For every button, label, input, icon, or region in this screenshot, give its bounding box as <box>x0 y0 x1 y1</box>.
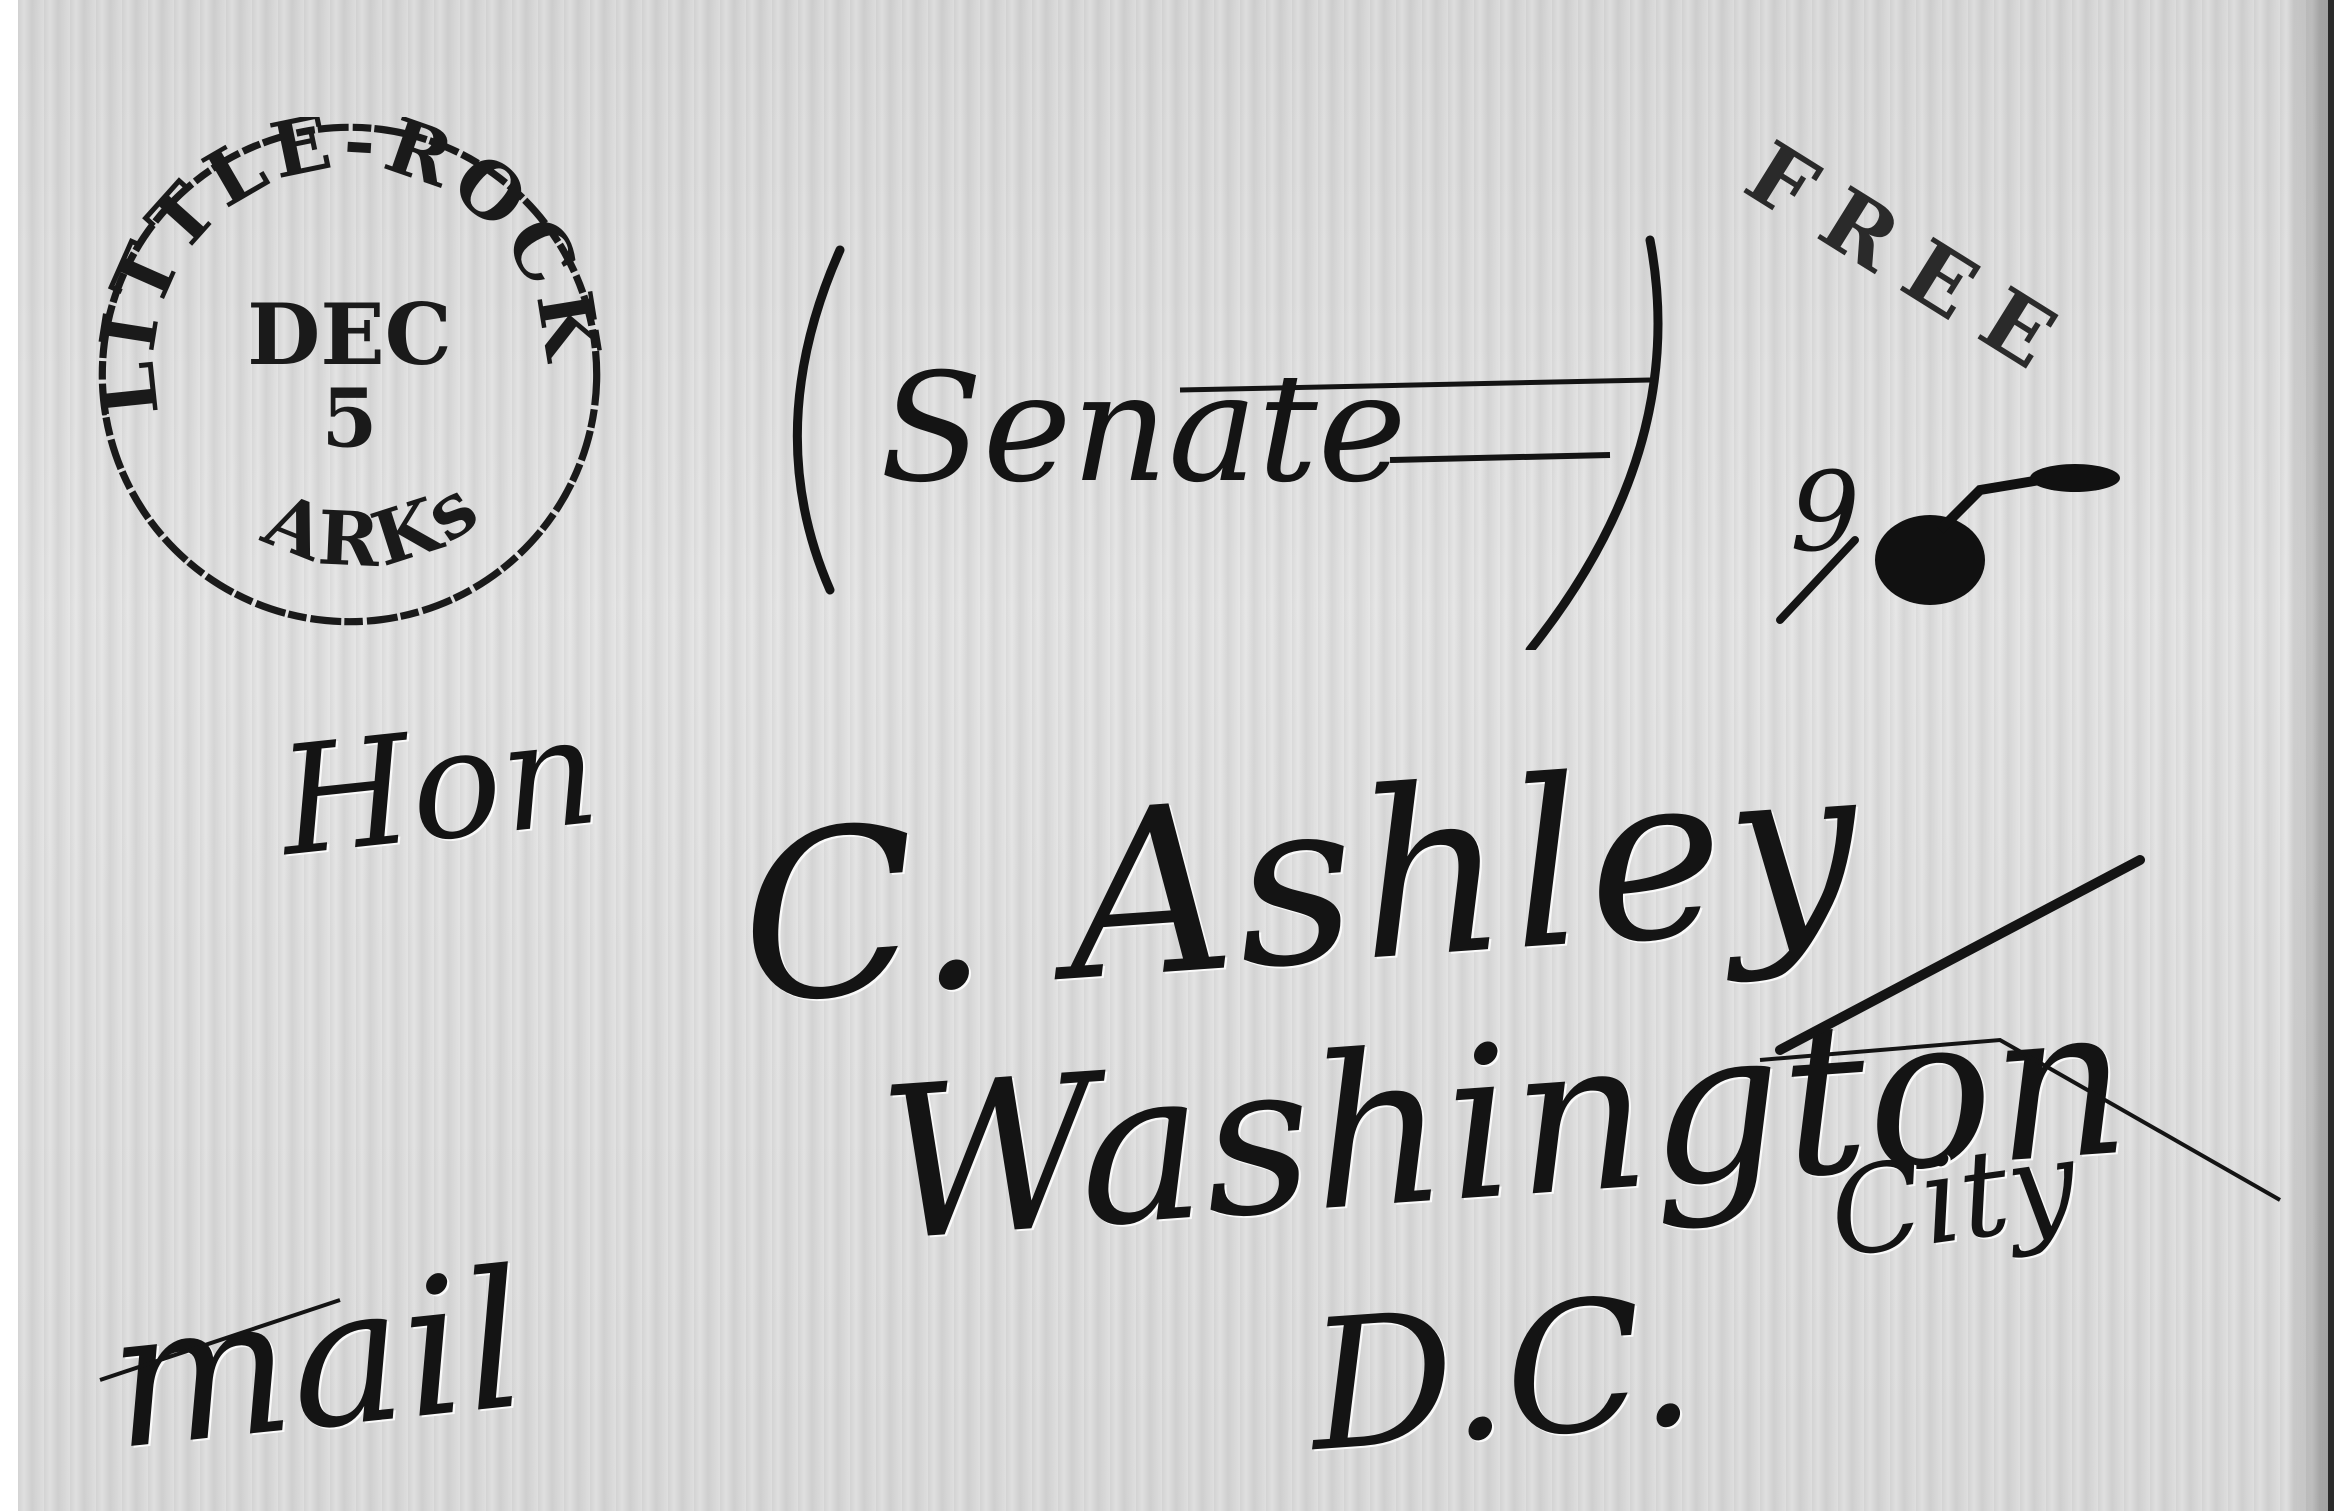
senate-frank: Senate <box>770 230 1670 650</box>
postmark-month: DEC <box>247 285 452 384</box>
postmark-day: 5 <box>322 372 378 466</box>
circular-postmark: LITTLE-ROCK ARKs. DEC 5 <box>92 117 607 632</box>
free-text: FREE <box>1729 130 2094 403</box>
service-note-mail: mail <box>100 1229 536 1492</box>
address-salutation: Hon <box>272 684 606 890</box>
close-paren <box>1530 240 1658 650</box>
senate-svg: Senate <box>770 230 1670 650</box>
open-paren <box>797 250 840 590</box>
rate-mark: 9 <box>1760 440 2160 640</box>
ink-blot <box>1875 515 1985 605</box>
rate-number: 9 <box>1790 448 1860 576</box>
senate-tail <box>1390 455 1610 460</box>
paper-edge-shadow <box>2288 0 2328 1511</box>
free-handstamp: FREE <box>1720 130 2140 430</box>
address-district: D.C. <box>1303 1257 1700 1492</box>
postmark-svg: LITTLE-ROCK ARKs. DEC 5 <box>92 117 607 632</box>
senate-text: Senate <box>880 342 1407 516</box>
blot-leaf <box>2030 464 2120 492</box>
free-svg: FREE <box>1720 130 2140 430</box>
rate-svg: 9 <box>1760 440 2160 640</box>
